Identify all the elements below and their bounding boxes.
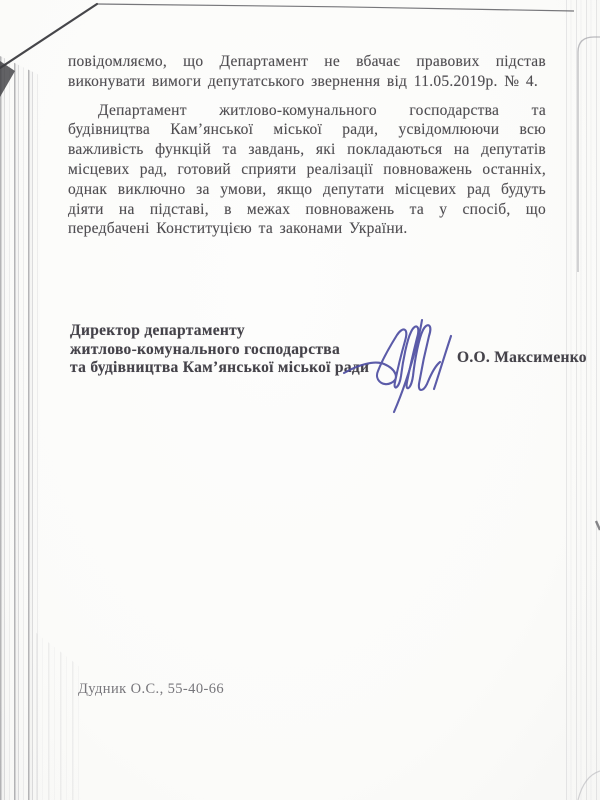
paragraph-intro: повідомляємо, що Департамент не вбачає п… [68, 52, 546, 92]
signer-title-line-3: та будівництва Кам’янської міської ради [70, 359, 369, 378]
scanned-document-page: повідомляємо, що Департамент не вбачає п… [0, 0, 600, 800]
signer-title-line-2: житлово-комунального господарства [70, 341, 369, 360]
scan-edge-right-streaks [566, 0, 600, 800]
scan-edge-left-streaks [0, 56, 40, 800]
document-body: повідомляємо, що Департамент не вбачає п… [68, 52, 546, 239]
scan-edge-left-lower-streaks [36, 610, 80, 800]
signer-title-block: Директор департаменту житлово-комунально… [70, 322, 369, 378]
signer-title-line-1: Директор департаменту [70, 322, 369, 341]
signer-name: О.О. Максименко [457, 349, 587, 367]
paragraph-department-statement: Департамент житлово-комунального господа… [68, 101, 546, 240]
executor-contact: Дудник О.С., 55-40-66 [78, 681, 224, 698]
